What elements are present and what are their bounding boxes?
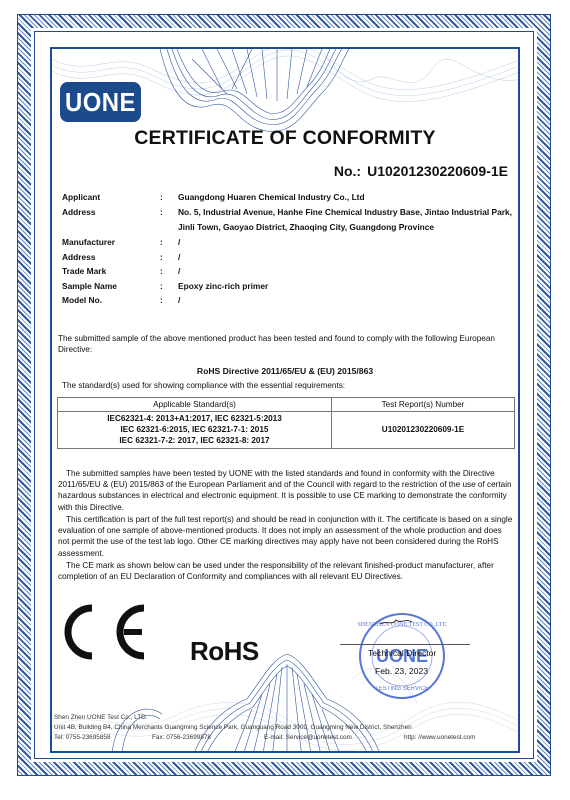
field-label: Trade Mark xyxy=(62,264,106,279)
conformity-paragraph: The submitted samples have been tested b… xyxy=(58,468,514,513)
certificate-number: No.:U10201230220609-1E xyxy=(334,163,508,179)
field-separator: : xyxy=(160,190,163,205)
directive-title: RoHS Directive 2011/65/EU & (EU) 2015/86… xyxy=(0,366,570,376)
field-separator: : xyxy=(160,293,163,308)
compliance-statement: The submitted sample of the above mentio… xyxy=(58,333,514,355)
header-applicable-standards: Applicable Standard(s) xyxy=(58,398,332,412)
footer-company: Shen Zhen UONE Test Co., LTD. xyxy=(54,713,514,723)
table-row: IEC62321-4: 2013+A1:2017, IEC 62321-5:20… xyxy=(58,412,515,449)
footer-contact: Shen Zhen UONE Test Co., LTD. Unit 4B, B… xyxy=(54,713,514,743)
field-applicant: Applicant : Guangdong Huaren Chemical In… xyxy=(62,190,512,205)
standards-table: Applicable Standard(s) Test Report(s) Nu… xyxy=(57,397,515,449)
footer-website[interactable]: http: //www.uonetest.com xyxy=(404,733,475,743)
field-separator: : xyxy=(160,264,163,279)
certificate-number-value: U10201230220609-1E xyxy=(367,163,508,179)
field-manufacturer-address: Address : / xyxy=(62,250,512,265)
field-label: Manufacturer xyxy=(62,235,115,250)
footer-fax: Fax: 0756-23699878 xyxy=(152,733,211,743)
field-value: / xyxy=(178,235,512,250)
field-label: Sample Name xyxy=(62,279,117,294)
svg-text:SHENZHEN UONE TEST CO.,LTD: SHENZHEN UONE TEST CO.,LTD xyxy=(358,622,446,628)
field-value: Epoxy zinc-rich primer xyxy=(178,279,512,294)
signature-date: Feb. 23, 2023 xyxy=(375,666,428,676)
field-separator: : xyxy=(160,235,163,250)
certificate-title: CERTIFICATE OF CONFORMITY xyxy=(0,127,570,150)
field-sample-name: Sample Name : Epoxy zinc-rich primer xyxy=(62,279,512,294)
uone-logo: UONE xyxy=(60,82,141,122)
applicant-fields: Applicant : Guangdong Huaren Chemical In… xyxy=(62,190,512,308)
footer-address: Unit 4B, Building B4, China Merchants Gu… xyxy=(54,723,514,733)
svg-text:TESTING SERVICE: TESTING SERVICE xyxy=(375,686,429,692)
field-separator: : xyxy=(160,250,163,265)
field-value: Guangdong Huaren Chemical Industry Co., … xyxy=(178,190,512,205)
footer-tel: Tel: 0755-23695858 xyxy=(54,733,111,743)
standard-line: IEC 62321-7-2: 2017, IEC 62321-8: 2017 xyxy=(58,435,331,446)
field-separator: : xyxy=(160,279,163,294)
field-model-no: Model No. : / xyxy=(62,293,512,308)
field-label: Address xyxy=(62,205,96,220)
certification-scope-paragraph: This certification is part of the full t… xyxy=(58,514,514,559)
field-label: Model No. xyxy=(62,293,102,308)
report-number-cell: U10201230220609-1E xyxy=(332,412,515,449)
ce-mark-icon xyxy=(64,604,152,660)
rohs-mark: RoHS xyxy=(190,636,259,667)
standard-line: IEC 62321-6:2015, IEC 62321-7-1: 2015 xyxy=(58,424,331,435)
field-address: Address : No. 5, Industrial Avenue, Hanh… xyxy=(62,205,512,236)
field-value: / xyxy=(178,293,512,308)
standards-intro: The standard(s) used for showing complia… xyxy=(62,381,345,390)
field-value: / xyxy=(178,264,512,279)
field-manufacturer: Manufacturer : / xyxy=(62,235,512,250)
signatory-title: Technical Director xyxy=(368,648,436,658)
standards-table-header: Applicable Standard(s) Test Report(s) Nu… xyxy=(58,398,515,412)
ce-mark-paragraph: The CE mark as shown below can be used u… xyxy=(58,560,514,582)
field-label: Address xyxy=(62,250,96,265)
standard-line: IEC62321-4: 2013+A1:2017, IEC 62321-5:20… xyxy=(58,413,331,424)
field-label: Applicant xyxy=(62,190,100,205)
field-trade-mark: Trade Mark : / xyxy=(62,264,512,279)
header-test-report-number: Test Report(s) Number xyxy=(332,398,515,412)
footer-email[interactable]: E-mail: Service@uonetest.com xyxy=(264,733,352,743)
field-value: / xyxy=(178,250,512,265)
field-value: No. 5, Industrial Avenue, Hanhe Fine Che… xyxy=(178,205,512,236)
certificate-number-label: No.: xyxy=(334,163,361,179)
standards-cell: IEC62321-4: 2013+A1:2017, IEC 62321-5:20… xyxy=(58,412,332,449)
field-separator: : xyxy=(160,205,163,220)
footer-contact-line: Tel: 0755-23695858 Fax: 0756-23699878 E-… xyxy=(54,733,514,743)
